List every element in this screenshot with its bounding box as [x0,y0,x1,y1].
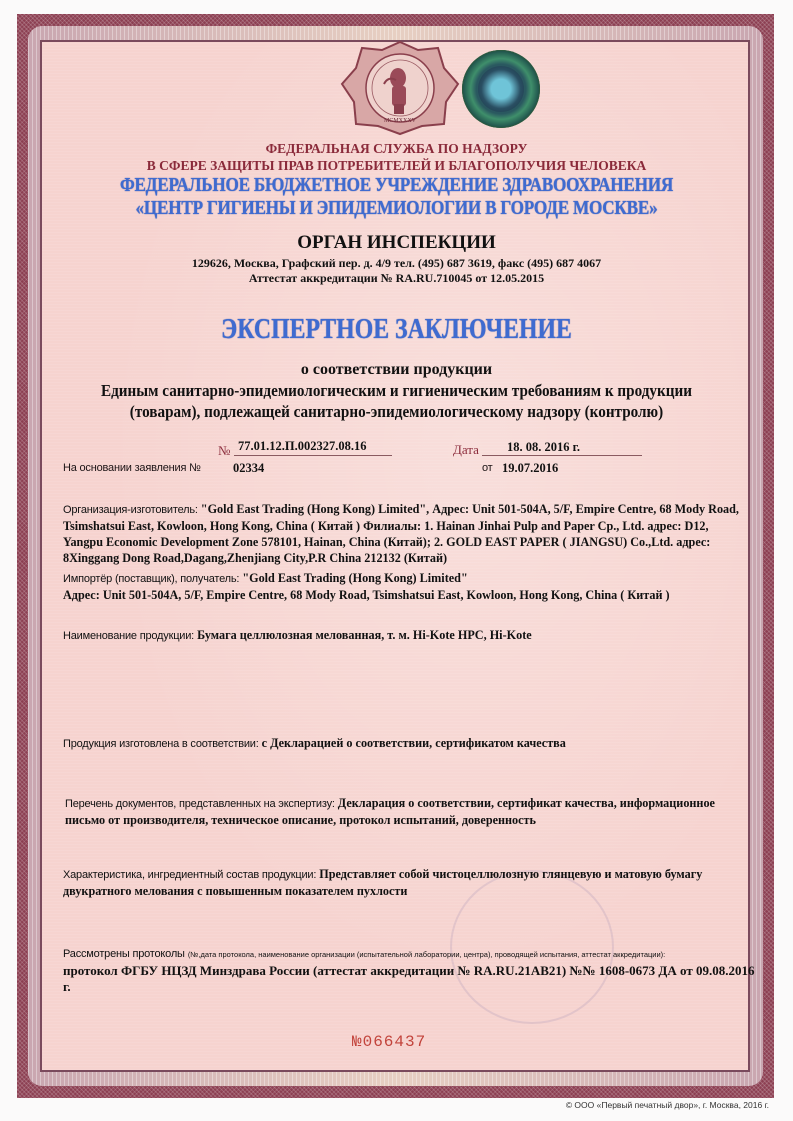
institution-line-1: ФЕДЕРАЛЬНОЕ БЮДЖЕТНОЕ УЧРЕЖДЕНИЕ ЗДРАВОО… [56,174,738,197]
institution-line-2: «ЦЕНТР ГИГИЕНЫ И ЭПИДЕМИОЛОГИИ В ГОРОДЕ … [56,197,738,220]
protocols-field: Рассмотрены протоколы (№,дата протокола,… [63,945,763,995]
product-field: Наименование продукции: Бумага целлюлозн… [63,627,743,644]
importer-label: Импортёр (поставщик), получатель: [63,573,239,585]
institution-seal-icon: MCMXXXV [340,40,460,136]
manufacturer-field: Организация-изготовитель: "Gold East Tra… [63,501,743,566]
documents-label: Перечень документов, представленных на э… [65,798,335,810]
conclusion-number: 77.01.12.П.002327.08.16 [238,439,366,454]
importer-value: "Gold East Trading (Hong Kong) Limited" [242,571,467,585]
agency-line-1: ФЕДЕРАЛЬНАЯ СЛУЖБА ПО НАДЗОРУ [0,141,793,157]
application-from-label: от [482,462,493,474]
application-number: 02334 [233,461,264,476]
application-label: На основании заявления № [63,462,201,474]
protocols-label: Рассмотрены протоколы [63,948,185,960]
composition-label: Характеристика, ингредиентный состав про… [63,869,316,881]
title-sub-3: (товарам), подлежащей санитарно-эпидемио… [32,402,762,422]
number-underline [234,455,392,456]
title-sub-1: о соответствии продукции [0,361,793,379]
application-date: 19.07.2016 [502,461,558,476]
manufacturer-label: Организация-изготовитель: [63,504,198,516]
importer-field: Импортёр (поставщик), получатель: "Gold … [63,570,743,603]
title-sub-2: Единым санитарно-эпидемиологическим и ги… [32,381,762,401]
made-value: с Декларацией о соответствии, сертификат… [262,736,566,750]
made-label: Продукция изготовлена в соответствии: [63,738,259,750]
document-title: ЭКСПЕРТНОЕ ЗАКЛЮЧЕНИЕ [59,314,733,346]
agency-line-2: В СФЕРЕ ЗАЩИТЫ ПРАВ ПОТРЕБИТЕЛЕЙ И БЛАГО… [0,158,793,174]
protocols-value: протокол ФГБУ НЦЗД Минздрава России (атт… [63,963,754,994]
printer-credit: © ООО «Первый печатный двор», г. Москва,… [566,1100,769,1110]
documents-field: Перечень документов, представленных на э… [65,795,745,828]
hologram-icon [462,50,540,128]
product-label: Наименование продукции: [63,630,194,642]
date-underline [482,455,642,456]
composition-field: Характеристика, ингредиентный состав про… [63,866,743,899]
conclusion-date: 18. 08. 2016 г. [507,440,580,455]
importer-address: Адрес: Unit 501-504A, 5/F, Empire Centre… [63,588,670,602]
serial-number: №066437 [352,1033,426,1051]
date-label: Дата [453,442,479,458]
organ-address: 129626, Москва, Графский пер. д. 4/9 тел… [0,256,793,271]
product-value: Бумага целлюлозная мелованная, т. м. Hi-… [197,628,532,642]
protocols-note: (№,дата протокола, наименование организа… [188,950,665,959]
organ-title: ОРГАН ИНСПЕКЦИИ [0,232,793,254]
made-in-accordance-field: Продукция изготовлена в соответствии: с … [63,735,743,752]
seal-year: MCMXXXV [384,118,417,124]
number-label: № [218,443,230,459]
organ-accreditation: Аттестат аккредитации № RA.RU.710045 от … [0,271,793,286]
